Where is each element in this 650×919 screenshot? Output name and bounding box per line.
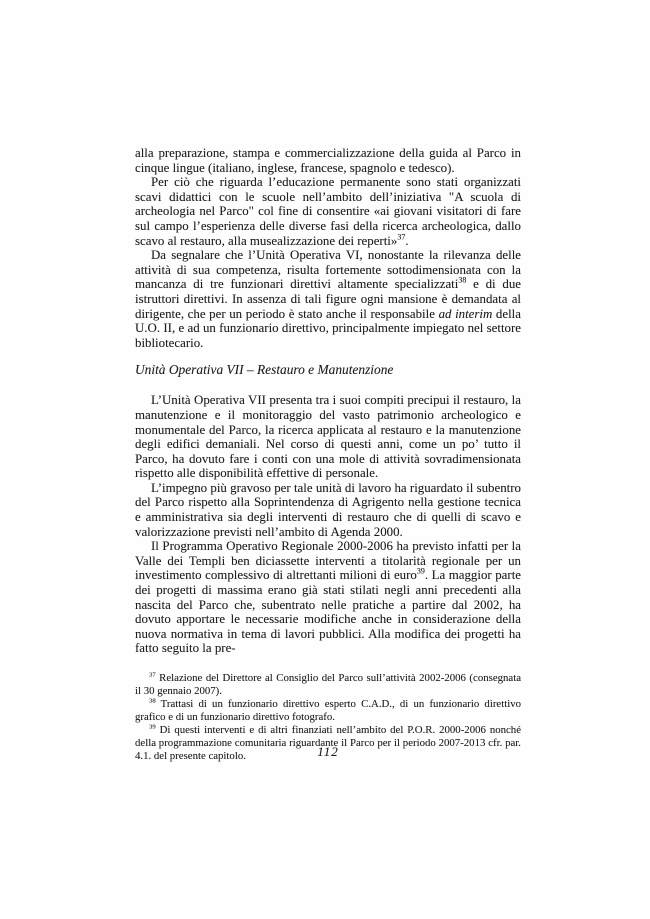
text-run: Relazione del Direttore al Consiglio del… bbox=[135, 672, 521, 697]
footnote-ref: 39 bbox=[149, 723, 156, 730]
paragraph: Il Programma Operativo Regionale 2000-20… bbox=[135, 539, 521, 656]
body-text: alla preparazione, stampa e commercializ… bbox=[135, 146, 521, 656]
text-block: alla preparazione, stampa e commercializ… bbox=[135, 146, 521, 763]
text-run: . bbox=[405, 234, 408, 248]
footnote-ref: 37 bbox=[149, 671, 156, 678]
paragraph: Da segnalare che l’Unità Operativa VI, n… bbox=[135, 248, 521, 350]
text-run: Trattasi di un funzionario direttivo esp… bbox=[135, 698, 521, 723]
text-run: Per ciò che riguarda l’educazione perman… bbox=[135, 175, 521, 247]
text-run: L’impegno più gravoso per tale unità di … bbox=[135, 481, 521, 539]
footnote: 38 Trattasi di un funzionario direttivo … bbox=[135, 698, 521, 724]
paragraph: Per ciò che riguarda l’educazione perman… bbox=[135, 175, 521, 248]
text-run: alla preparazione, stampa e commercializ… bbox=[135, 146, 521, 175]
page-number: 112 bbox=[135, 744, 521, 760]
footnote-ref: 38 bbox=[149, 697, 156, 704]
section-heading: Unità Operativa VII – Restauro e Manuten… bbox=[135, 362, 521, 377]
footnote-ref: 39 bbox=[417, 567, 425, 576]
text-run: L’Unità Operativa VII presenta tra i suo… bbox=[135, 393, 521, 480]
footnote: 37 Relazione del Direttore al Consiglio … bbox=[135, 672, 521, 698]
paragraph: L’impegno più gravoso per tale unità di … bbox=[135, 481, 521, 539]
paragraph: L’Unità Operativa VII presenta tra i suo… bbox=[135, 393, 521, 481]
italic-text: ad interim bbox=[439, 307, 493, 321]
book-page: alla preparazione, stampa e commercializ… bbox=[0, 0, 650, 919]
text-run: Unità Operativa VII – Restauro e Manuten… bbox=[135, 362, 393, 377]
paragraph: alla preparazione, stampa e commercializ… bbox=[135, 146, 521, 175]
